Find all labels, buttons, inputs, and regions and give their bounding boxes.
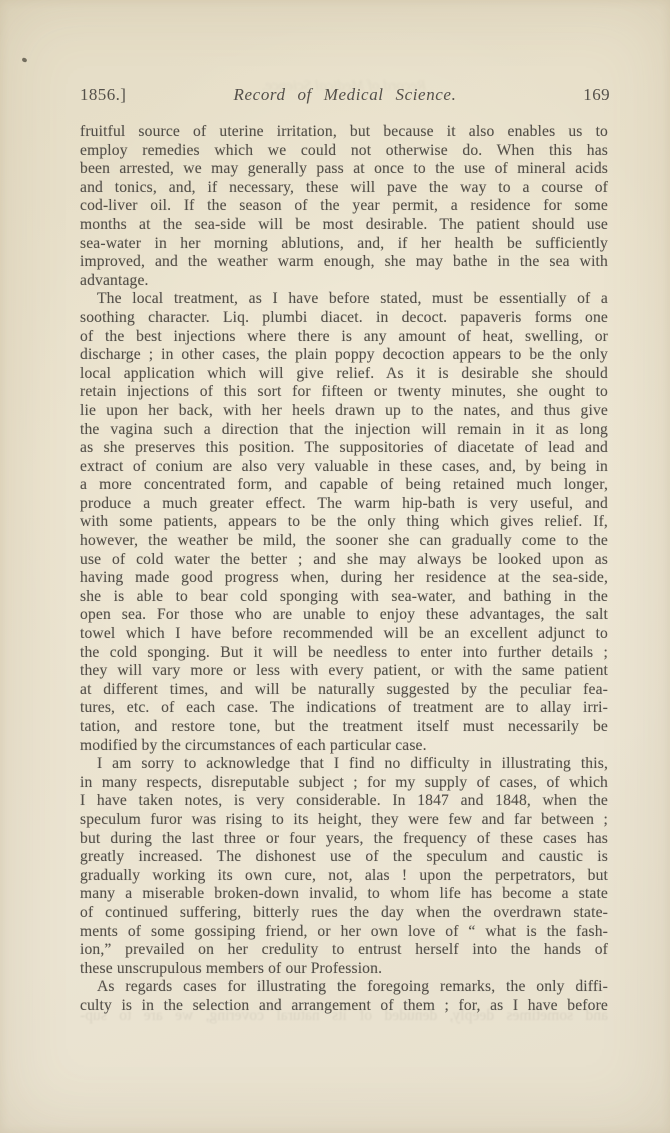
text-line: many a miserable broken-down invalid, to… [80, 885, 608, 904]
text-line: of the best injections where there is an… [80, 328, 608, 347]
text-line: months at the sea-side will be most desi… [80, 216, 608, 235]
scanned-book-page: Record of Medical Science. 1856.] Record… [0, 0, 670, 1133]
text-line: discharge ; in other cases, the plain po… [80, 346, 608, 365]
text-line: of continued suffering, bitterly rues th… [80, 904, 608, 923]
text-line: open sea. For those who are unable to en… [80, 606, 608, 625]
header-year: 1856.] [80, 85, 170, 105]
text-line: a more concentrated form, and capable of… [80, 476, 608, 495]
text-line: extract of conium are also very valuable… [80, 458, 608, 477]
text-line: cod-liver oil. If the season of the year… [80, 197, 608, 216]
text-line: produce a much greater effect. The warm … [80, 495, 608, 514]
text-line: The local treatment, as I have before st… [80, 290, 608, 309]
text-line: in many respects, disreputable subject ;… [80, 774, 608, 793]
text-line: ments of some gossiping friend, or her o… [80, 923, 608, 942]
ink-speck [21, 57, 27, 62]
text-line: at different times, and will be naturall… [80, 681, 608, 700]
paragraph: fruitful source of uterine irritation, b… [80, 123, 608, 290]
text-line: having made good progress when, during h… [80, 569, 608, 588]
paragraph: I am sorry to acknowledge that I find no… [80, 755, 608, 978]
text-line: local application which will give relief… [80, 365, 608, 384]
text-line: these unscrupulous members of our Profes… [80, 960, 608, 979]
text-line: as she preserves this position. The supp… [80, 439, 608, 458]
text-line: gradually working its own cure, not, ala… [80, 867, 608, 886]
text-line: they will vary more or less with every p… [80, 662, 608, 681]
text-line: however, the weather be mild, the sooner… [80, 532, 608, 551]
text-line: employ remedies which we could not other… [80, 142, 608, 161]
text-line: culty is in the selection and arrangemen… [80, 997, 608, 1016]
text-line: and tonics, and, if necessary, these wil… [80, 179, 608, 198]
text-line: speculum furor was rising to its height,… [80, 811, 608, 830]
text-line: tures, etc. of each case. The indication… [80, 699, 608, 718]
text-line: been arrested, we may generally pass at … [80, 160, 608, 179]
page-body-text: fruitful source of uterine irritation, b… [80, 123, 608, 1016]
text-line: modified by the circumstances of each pa… [80, 737, 608, 756]
text-line: I am sorry to acknowledge that I find no… [80, 755, 608, 774]
header-journal-title: Record of Medical Science. [170, 85, 520, 105]
text-line: towel which I have before recommended wi… [80, 625, 608, 644]
text-line: advantage. [80, 272, 608, 291]
paragraph: As regards cases for illustrating the fo… [80, 978, 608, 1015]
header-page-number: 169 [520, 85, 610, 105]
text-line: soothing character. Liq. plumbi diacet. … [80, 309, 608, 328]
running-head: 1856.] Record of Medical Science. 169 [80, 85, 610, 105]
text-line: use of cold water the better ; and she m… [80, 551, 608, 570]
text-line: with some patients, appears to be the on… [80, 513, 608, 532]
paragraph: The local treatment, as I have before st… [80, 290, 608, 755]
text-line: but during the last three or four years,… [80, 830, 608, 849]
text-line: the vagina such a direction that the inj… [80, 421, 608, 440]
text-line: sea-water in her morning ablutions, and,… [80, 235, 608, 254]
text-line: the cold sponging. But it will be needle… [80, 644, 608, 663]
text-line: I have taken notes, is very considerable… [80, 792, 608, 811]
text-line: As regards cases for illustrating the fo… [80, 978, 608, 997]
text-line: improved, and the weather warm enough, s… [80, 253, 608, 272]
text-line: tation, and restore tone, but the treatm… [80, 718, 608, 737]
text-line: she is able to bear cold sponging with s… [80, 588, 608, 607]
text-line: lie upon her back, with her heels drawn … [80, 402, 608, 421]
text-line: greatly increased. The dishonest use of … [80, 848, 608, 867]
text-line: ion,” prevailed on her credulity to entr… [80, 941, 608, 960]
text-line: retain injections of this sort for fifte… [80, 383, 608, 402]
text-line: fruitful source of uterine irritation, b… [80, 123, 608, 142]
